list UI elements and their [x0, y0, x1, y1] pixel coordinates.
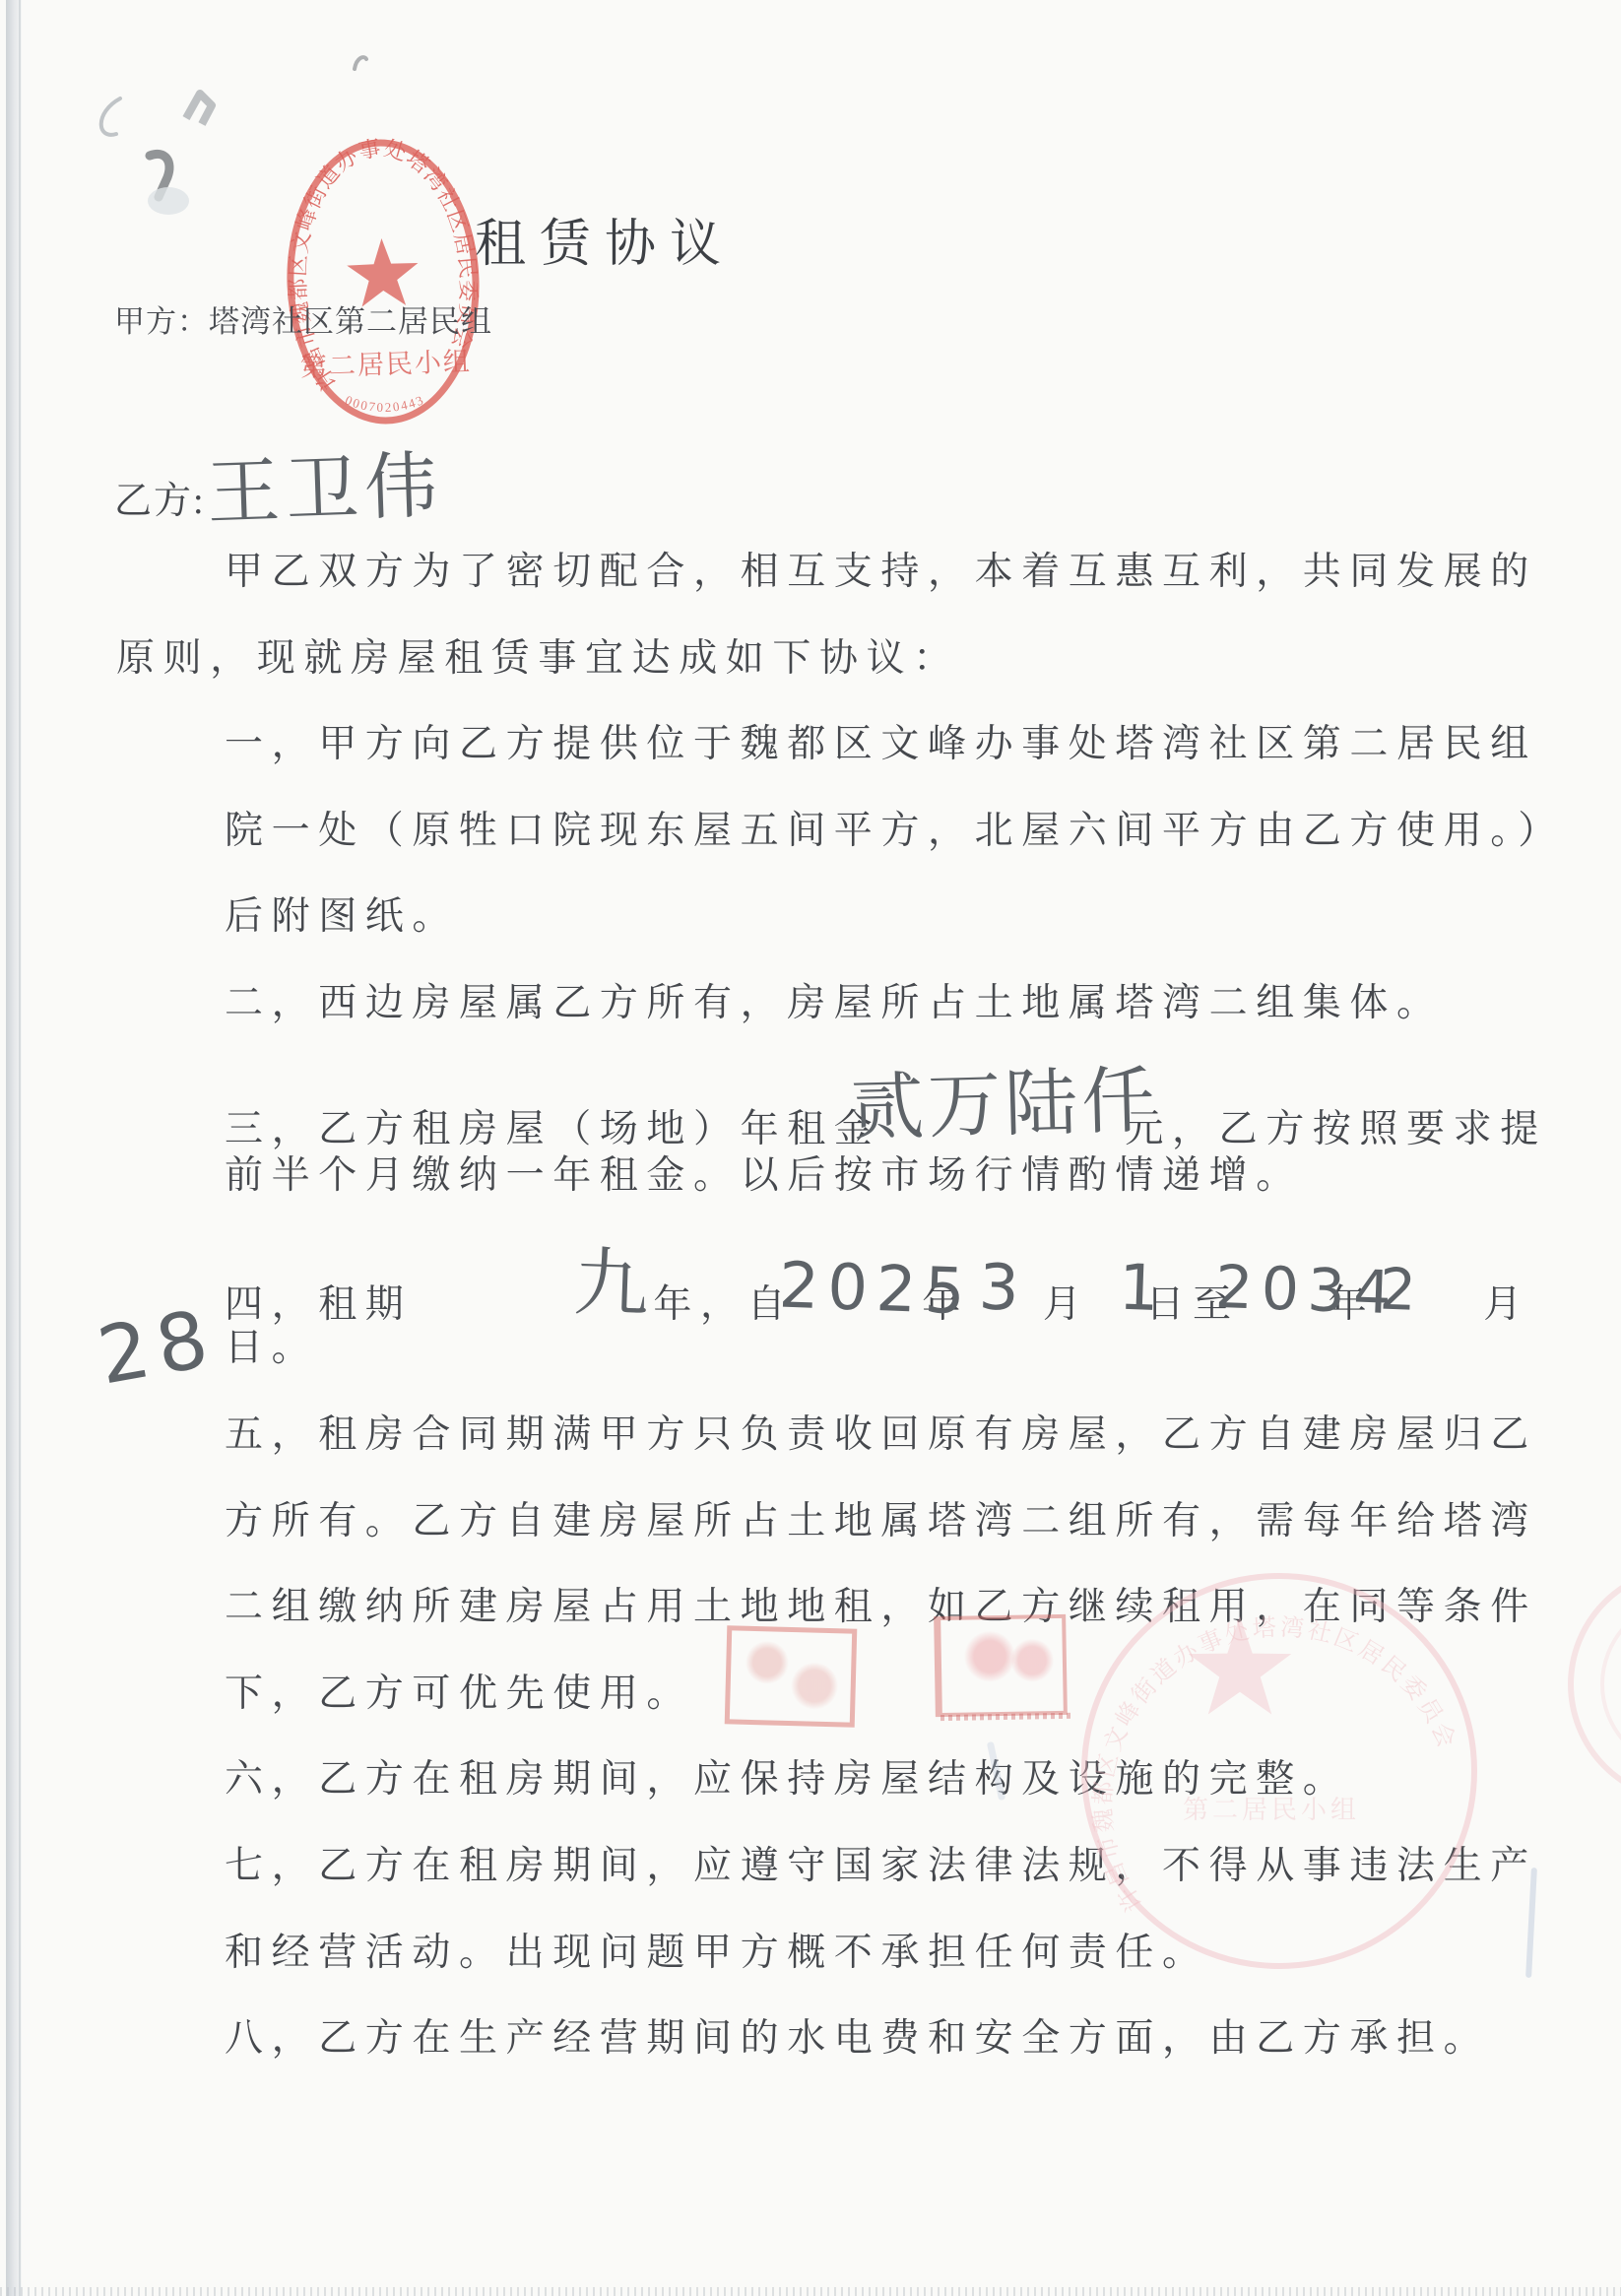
clause-1-line: 后附图纸。	[116, 886, 1584, 972]
clause-4-line: 28日。	[116, 1317, 1584, 1404]
start-month-handwritten: 3	[978, 1251, 1015, 1325]
clause-3-line: 三，乙方租房屋（场地）年租金贰万陆仟元，乙方按照要求提	[116, 1059, 1584, 1146]
ink-smudge	[181, 87, 221, 130]
ink-speck	[351, 49, 370, 75]
square-seal	[934, 1614, 1068, 1717]
scanned-lease-agreement-page: 许昌市魏都区文峰街道办事处塔湾社区居民委员会 第二居民小组 0007020443…	[0, 0, 1621, 2296]
lease-years-handwritten: 九	[573, 1222, 646, 1332]
pencil-smudge	[89, 93, 132, 165]
clause-3-line: 前半个月缴纳一年租金。以后按市场行情酌情递增。	[116, 1145, 1584, 1231]
start-year-handwritten: 2025	[778, 1249, 918, 1327]
scan-bottom-speckle	[0, 2287, 1621, 2296]
rent-amount-handwritten: 贰万陆仟	[850, 1043, 1119, 1154]
smudge-halo	[148, 187, 189, 215]
clause-4-line: 四，租期九年，自2025年3月1日至2034年2月	[116, 1231, 1584, 1318]
clause-5-line: 五，租房合同期满甲方只负责收回原有房屋，乙方自建房屋归乙	[116, 1404, 1584, 1490]
clause-4-text: 日。	[225, 1327, 318, 1369]
official-round-seal: 许昌市魏都区文峰街道办事处塔湾社区居民委员会 第二居民小组 0007020443	[277, 128, 490, 436]
clause-2-line: 二，西边房屋属乙方所有，房屋所占土地属塔湾二组集体。	[116, 972, 1584, 1059]
seal-inner-text: 第二居民小组	[299, 347, 472, 382]
start-day-handwritten: 1	[1118, 1251, 1142, 1325]
end-day-handwritten: 28	[92, 1292, 223, 1403]
intro-line: 原则，现就房屋租赁事宜达成如下协议：	[116, 627, 1584, 714]
document-title: 租赁协议	[475, 202, 735, 276]
end-month-handwritten: 2	[1379, 1255, 1410, 1323]
square-seal	[725, 1625, 858, 1727]
party-b-handwritten-name: 王卫伟	[205, 427, 445, 540]
faint-round-seal: 许昌市魏都区文峰街道办事处塔湾社区居民委员会 第二居民小组	[1057, 1554, 1502, 1990]
party-a-line: 甲方：塔湾社区第二居民组	[114, 296, 492, 341]
clause-1-line: 一，甲方向乙方提供位于魏都区文峰办事处塔湾社区第二居民组	[116, 713, 1584, 800]
party-b-label: 乙方:	[114, 470, 206, 524]
clause-3-text: 三，乙方租房屋（场地）年租金	[225, 1108, 880, 1150]
clause-1-line: 院一处（原牲口院现东屋五间平方，北屋六间平方由乙方使用。）	[116, 800, 1584, 886]
end-year-handwritten: 2034	[1213, 1253, 1333, 1326]
intro-line: 甲乙双方为了密切配合，相互支持，本着互惠互利，共同发展的	[116, 541, 1584, 627]
clause-3-text: 元，乙方按照要求提	[1125, 1108, 1546, 1150]
faint-seal-fragment	[1529, 1558, 1621, 1814]
scan-edge-line	[19, 0, 21, 2296]
seal-inner-text: 第二居民小组	[1183, 1796, 1360, 1824]
clause-8-line: 八，乙方在生产经营期间的水电费和安全方面，由乙方承担。	[116, 2007, 1584, 2094]
